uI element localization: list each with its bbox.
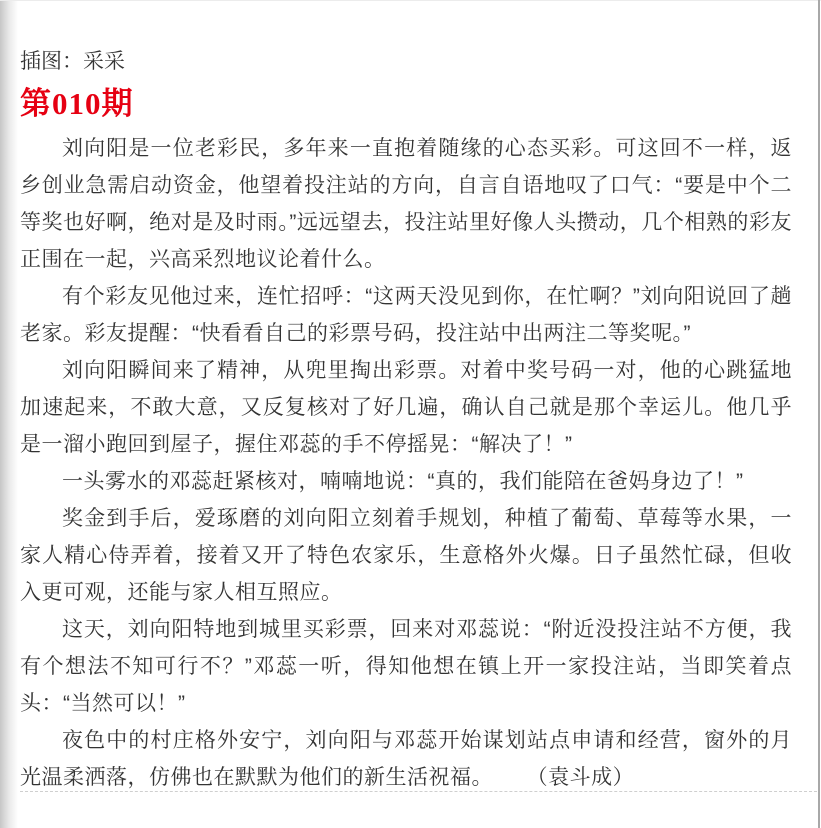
story-paragraph: 刘向阳瞬间来了精神，从兜里掏出彩票。对着中奖号码一对，他的心跳猛地加速起来，不敢… — [20, 352, 792, 463]
story-paragraph: 刘向阳是一位老彩民，多年来一直抱着随缘的心态买彩。可这回不一样，返乡创业急需启动… — [20, 130, 792, 278]
page-edge-shadow — [0, 0, 18, 828]
author-signature: （袁斗成） — [493, 766, 634, 789]
page-content: 插图：采采 第010期 刘向阳是一位老彩民，多年来一直抱着随缘的心态买彩。可这回… — [20, 0, 792, 796]
illustration-caption: 插图：采采 — [20, 50, 792, 74]
story-paragraph: 奖金到手后，爱琢磨的刘向阳立刻着手规划，种植了葡萄、草莓等水果，一家人精心侍弄着… — [20, 500, 792, 611]
article-page: { "colors": { "title_red": "#e60012", "b… — [0, 0, 821, 828]
story-paragraph: 一头雾水的邓蕊赶紧核对，喃喃地说：“真的，我们能陪在爸妈身边了！” — [20, 463, 792, 500]
page-right-border — [818, 0, 820, 828]
story-paragraph: 夜色中的村庄格外安宁，刘向阳与邓蕊开始谋划站点申请和经营，窗外的月光温柔洒落，仿… — [20, 722, 792, 796]
story-paragraph: 有个彩友见他过来，连忙招呼：“这两天没见到你，在忙啊？”刘向阳说回了趟老家。彩友… — [20, 278, 792, 352]
issue-title: 第010期 — [20, 87, 792, 121]
story-paragraph: 这天，刘向阳特地到城里买彩票，回来对邓蕊说：“附近没投注站不方便，我有个想法不知… — [20, 611, 792, 722]
article-body: 刘向阳是一位老彩民，多年来一直抱着随缘的心态买彩。可这回不一样，返乡创业急需启动… — [20, 130, 792, 796]
